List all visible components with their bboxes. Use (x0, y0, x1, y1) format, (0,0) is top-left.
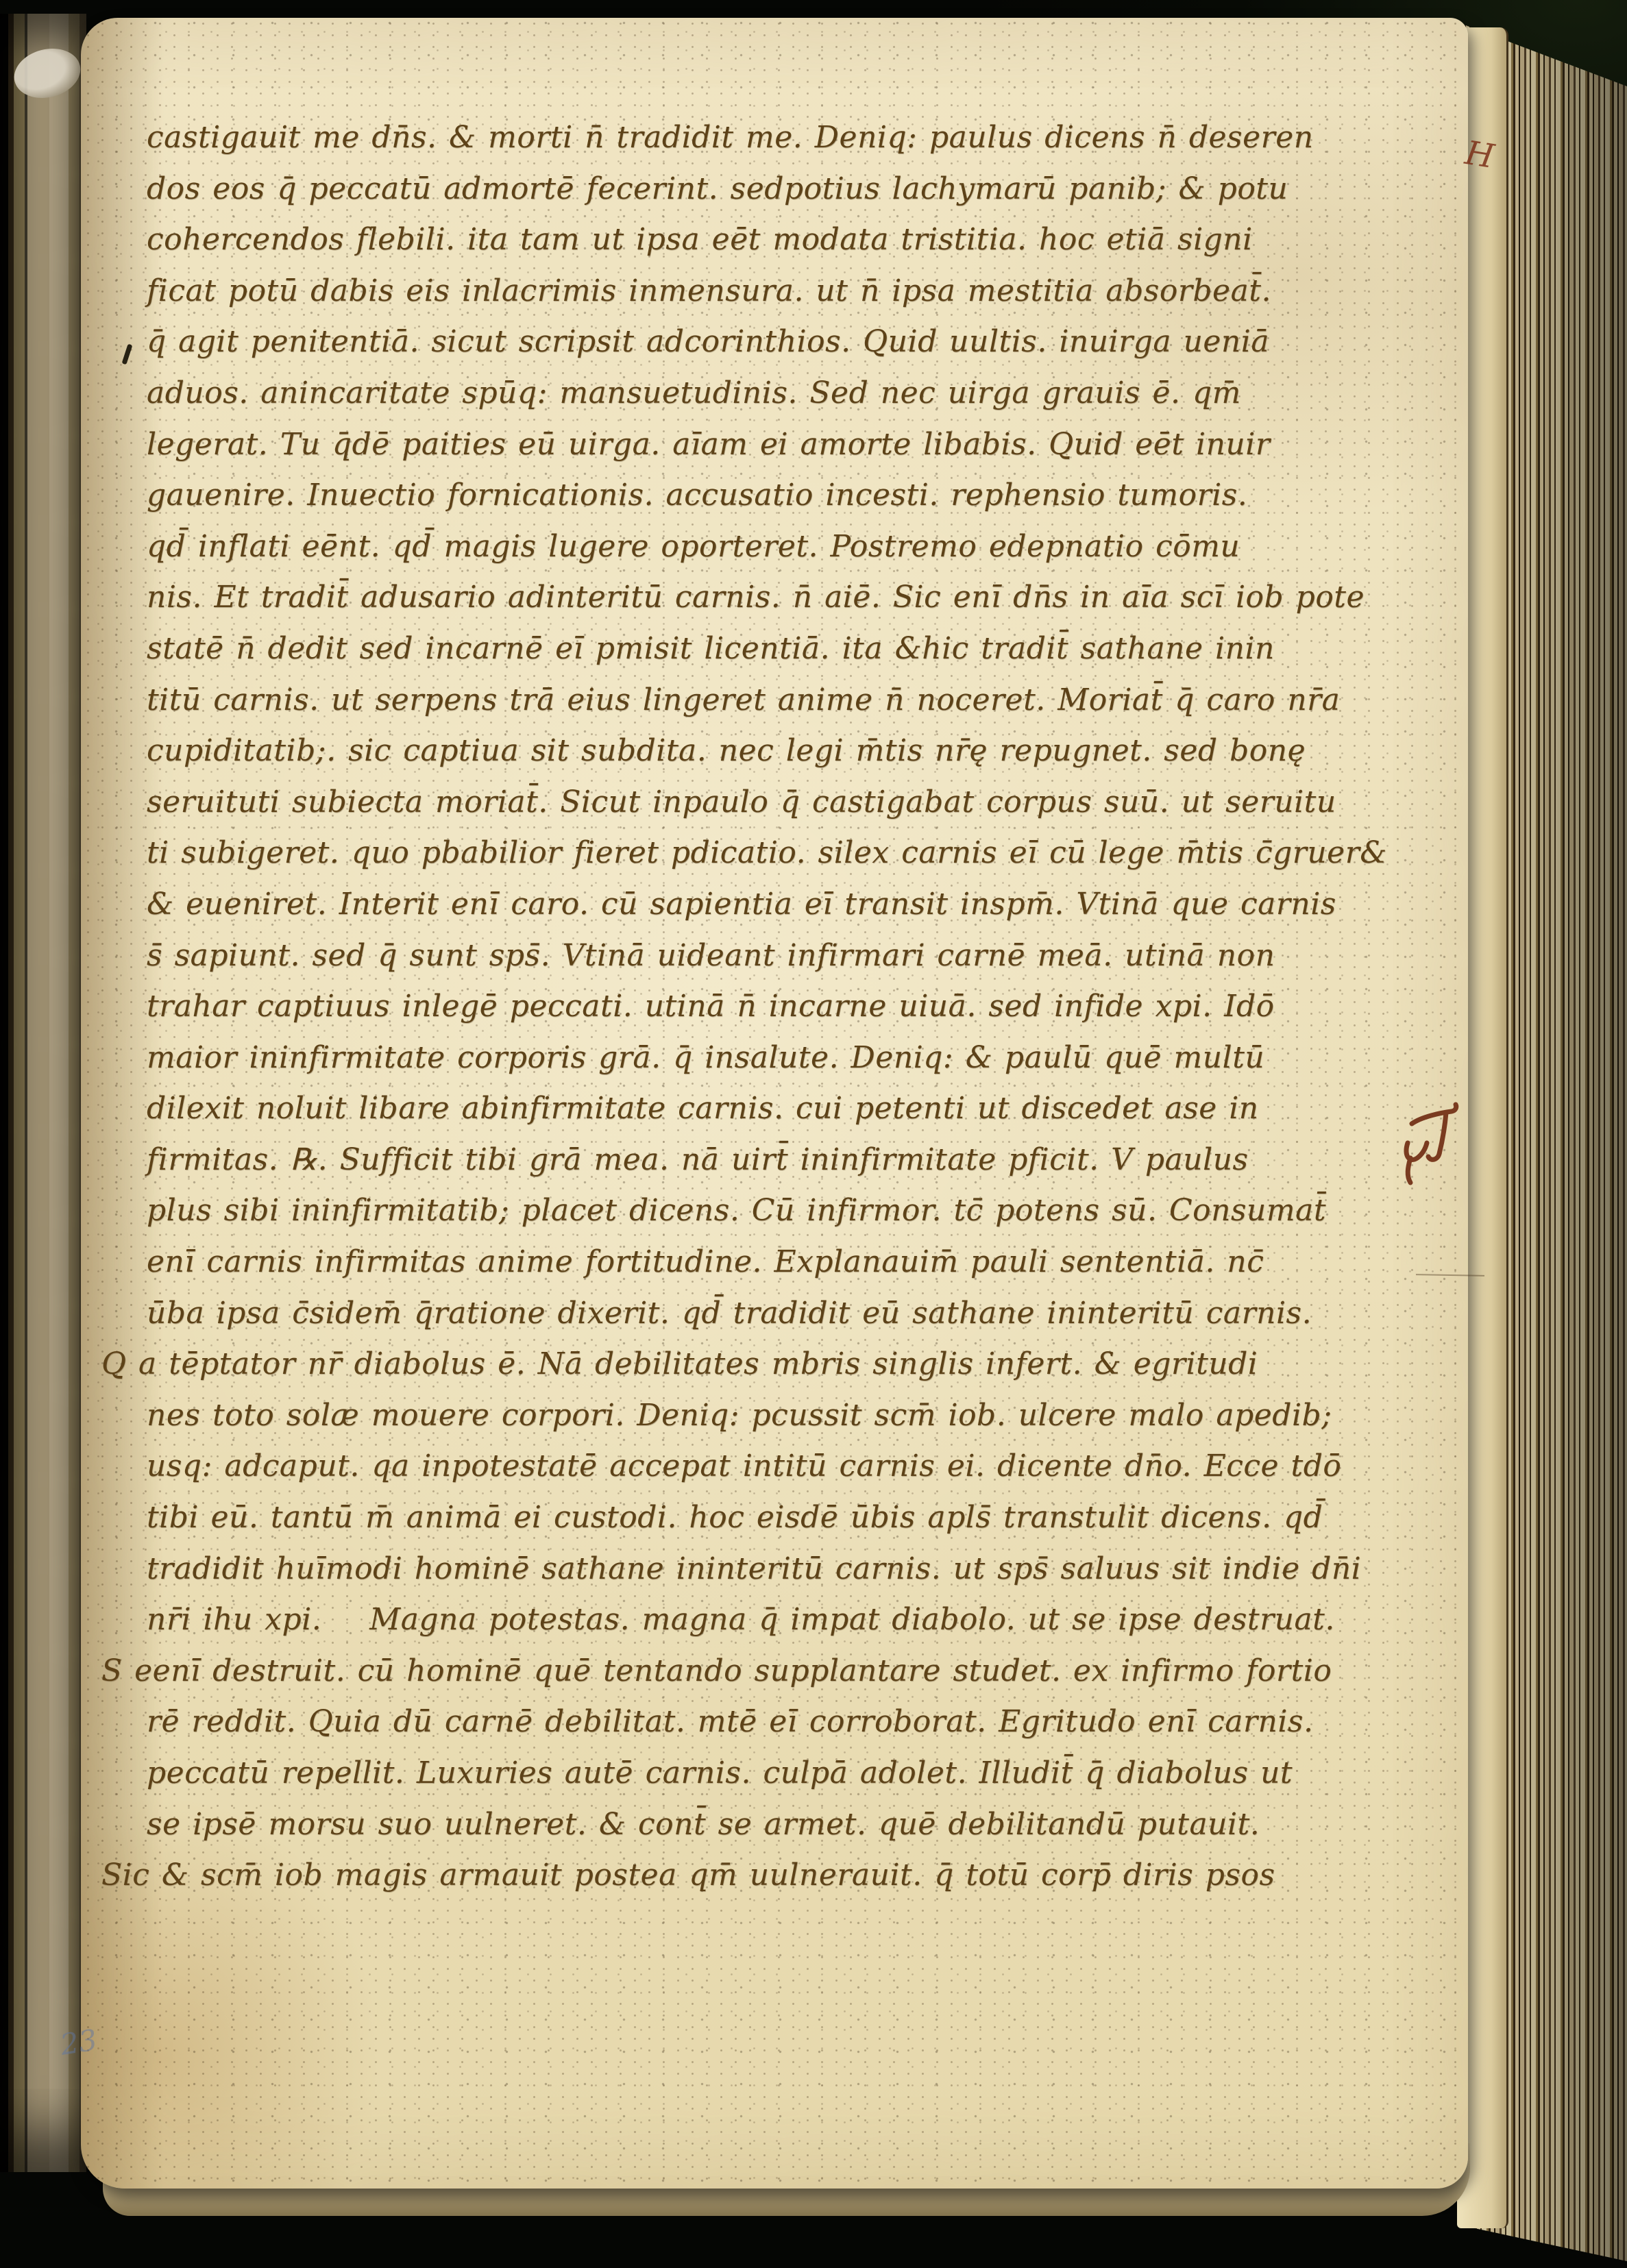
manuscript-line: nes toto solæ mouere corpori. Deniq: pcu… (147, 1390, 1353, 1442)
manuscript-line: dilexit noluit libare abinfirmitate carn… (147, 1083, 1353, 1135)
manuscript-line: ūba ipsa c̄sidem̄ q̄ratione dixerit. qd̄… (147, 1288, 1353, 1340)
manuscript-line: legerat. Tu q̄dē paities eū uirga. aīam … (147, 419, 1353, 471)
left-margin-ink-blot (122, 344, 133, 365)
pencil-folio-number: 23 (58, 2023, 99, 2062)
manuscript-line: tibi eū. tantū m̄ animā ei custodi. hoc … (147, 1492, 1353, 1544)
manuscript-line: gauenire. Inuectio fornicationis. accusa… (147, 470, 1353, 521)
manuscript-line: titū carnis. ut serpens trā eius lingere… (147, 675, 1353, 726)
manuscript-line: ti subigeret. quo pbabilior fieret pdica… (147, 828, 1353, 879)
manuscript-line: Sic & scm̄ iob magis armauit postea qm̄ … (101, 1850, 1353, 1901)
text-block: castigauit me dn̄s. & morti n̄ tradidit … (147, 112, 1353, 1901)
manuscript-line: dos eos q̄ peccatū admortē fecerint. sed… (147, 164, 1353, 215)
manuscript-line: qd̄ inflati eēnt. qd̄ magis lugere oport… (147, 521, 1353, 573)
manuscript-line: enī carnis infirmitas anime fortitudine.… (147, 1237, 1353, 1288)
manuscript-line: q̄ agit penitentiā. sicut scripsit adcor… (147, 317, 1353, 368)
manuscript-line: cupiditatib;. sic captiua sit subdita. n… (147, 726, 1353, 777)
manuscript-page: castigauit me dn̄s. & morti n̄ tradidit … (81, 18, 1468, 2189)
manuscript-line: castigauit me dn̄s. & morti n̄ tradidit … (147, 112, 1353, 164)
book-gutter-binding (0, 14, 86, 2172)
manuscript-line: statē n̄ dedit sed incarnē eī pmisit lic… (147, 624, 1353, 675)
manuscript-line: s̄ sapiunt. sed q̄ sunt sps̄. Vtinā uide… (147, 930, 1353, 982)
manuscript-photo: H castigauit me dn̄s. & morti n̄ tradidi… (0, 0, 1627, 2268)
manuscript-line: nis. Et tradit̄ adusario adinteritū carn… (147, 572, 1353, 624)
manuscript-line: aduos. anincaritate spūq: mansuetudinis.… (147, 368, 1353, 419)
manuscript-line: peccatū repellit. Luxuries autē carnis. … (147, 1748, 1353, 1799)
manuscript-line: seruituti subiecta moriat̄. Sicut inpaul… (147, 777, 1353, 828)
manuscript-line: S eenī destruit. cū hominē quē tentando … (101, 1646, 1353, 1697)
manuscript-line: Q a tēptator nr̄ diabolus ē. Nā debilita… (101, 1339, 1353, 1390)
nota-margin-mark-icon (1401, 1100, 1464, 1191)
manuscript-line: rē reddit. Quia dū carnē debilitat. mtē … (147, 1697, 1353, 1748)
manuscript-line: firmitas. ℞. Sufficit tibi grā mea. nā u… (147, 1135, 1353, 1186)
manuscript-line: se ipsē morsu suo uulneret. & cont̄ se a… (147, 1799, 1353, 1851)
manuscript-line: cohercendos flebili. ita tam ut ipsa eēt… (147, 214, 1353, 266)
manuscript-line: tradidit huīmodi hominē sathane ininteri… (147, 1544, 1353, 1595)
manuscript-line: maior ininfirmitate corporis grā. q̄ ins… (147, 1033, 1353, 1084)
manuscript-line: trahar captiuus inlegē peccati. utinā n̄… (147, 981, 1353, 1033)
manuscript-line: nr̄i ihu xpi. Magna potestas. magna q̄ i… (147, 1594, 1353, 1646)
manuscript-line: & eueniret. Interit enī caro. cū sapient… (147, 879, 1353, 930)
manuscript-line: plus sibi ininfirmitatib; placet dicens.… (147, 1185, 1353, 1237)
manuscript-line: ficat potū dabis eis inlacrimis inmensur… (147, 266, 1353, 317)
foreedge-h-mark: H (1463, 134, 1497, 176)
manuscript-line: usq: adcaput. qa inpotestatē accepat int… (147, 1441, 1353, 1492)
